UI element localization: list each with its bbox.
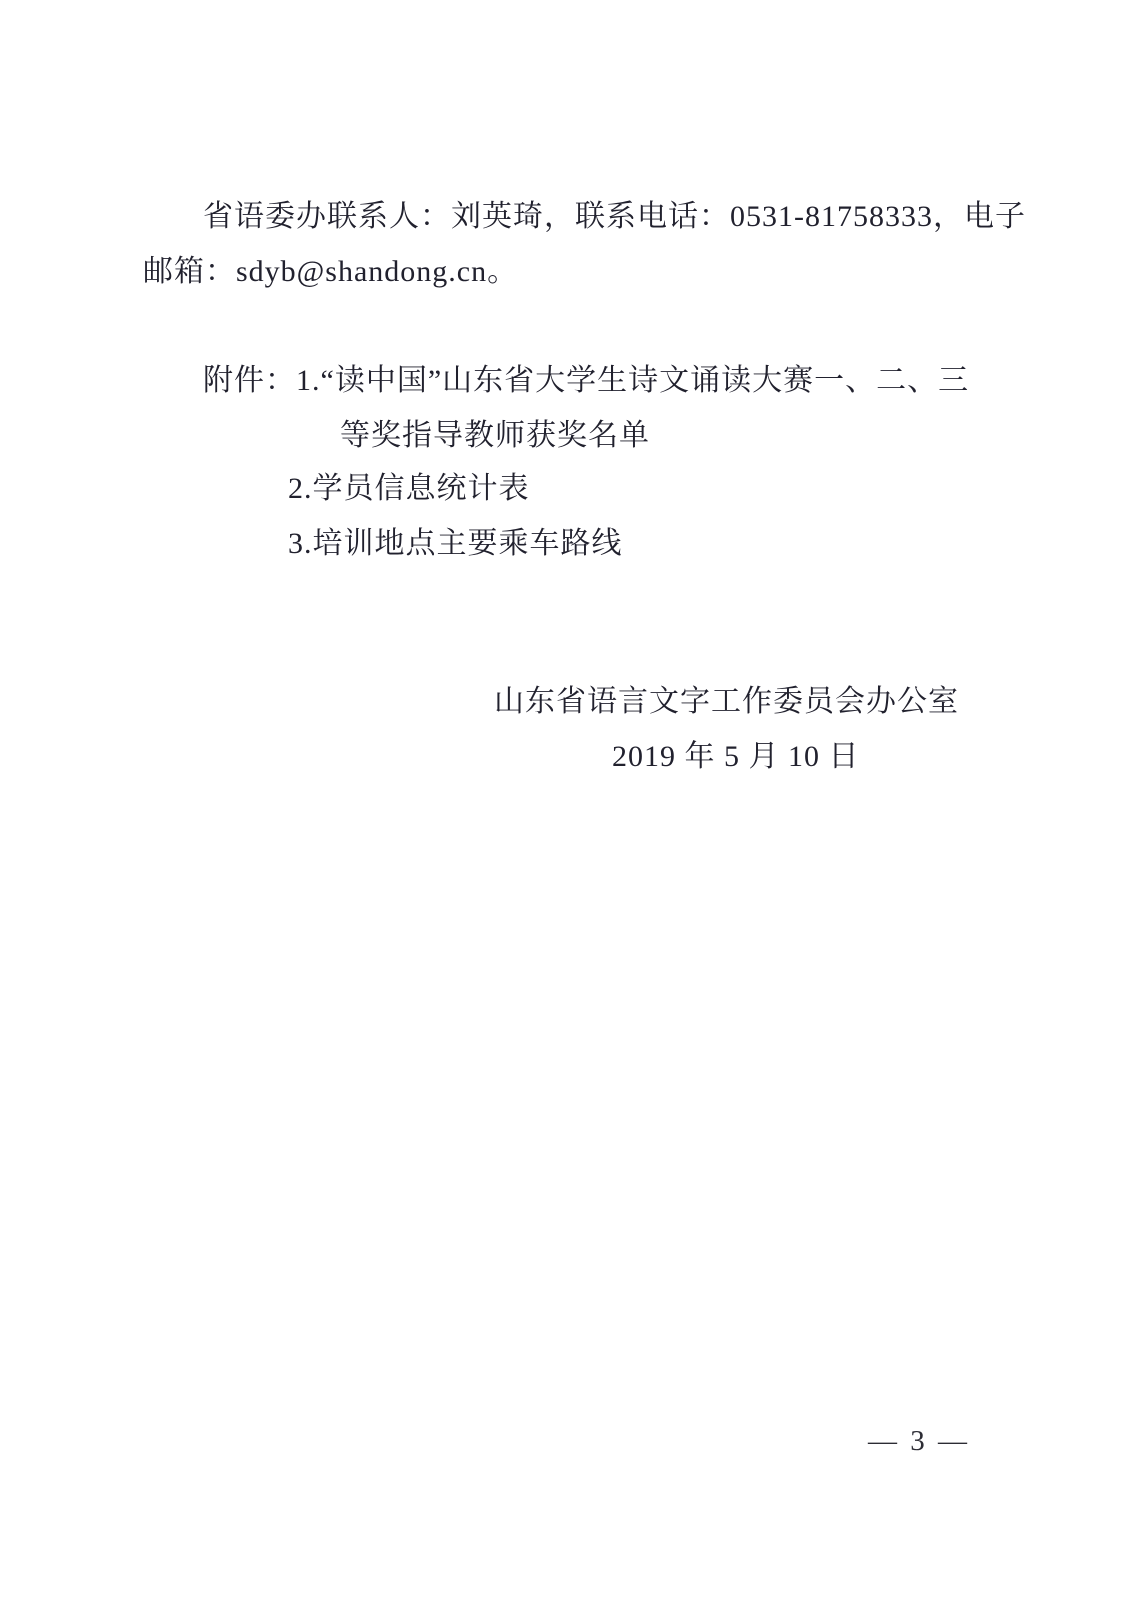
- signature-organization: 山东省语言文字工作委员会办公室: [494, 683, 959, 721]
- contact-info-line-1: 省语委办联系人：刘英琦，联系电话：0531-81758333，电子: [203, 198, 1026, 236]
- signature-date: 2019 年 5 月 10 日: [612, 738, 860, 776]
- attachments-heading-item-1: 附件：1.“读中国”山东省大学生诗文诵读大赛一、二、三: [203, 362, 969, 400]
- document-page: 省语委办联系人：刘英琦，联系电话：0531-81758333，电子 邮箱：sdy…: [0, 0, 1131, 1600]
- attachments-item-2: 2.学员信息统计表: [288, 470, 530, 508]
- page-number: — 3 —: [868, 1422, 970, 1460]
- attachments-item-1-continuation: 等奖指导教师获奖名单: [340, 417, 650, 455]
- attachments-item-3: 3.培训地点主要乘车路线: [288, 525, 623, 563]
- contact-info-line-2: 邮箱：sdyb@shandong.cn。: [143, 253, 518, 291]
